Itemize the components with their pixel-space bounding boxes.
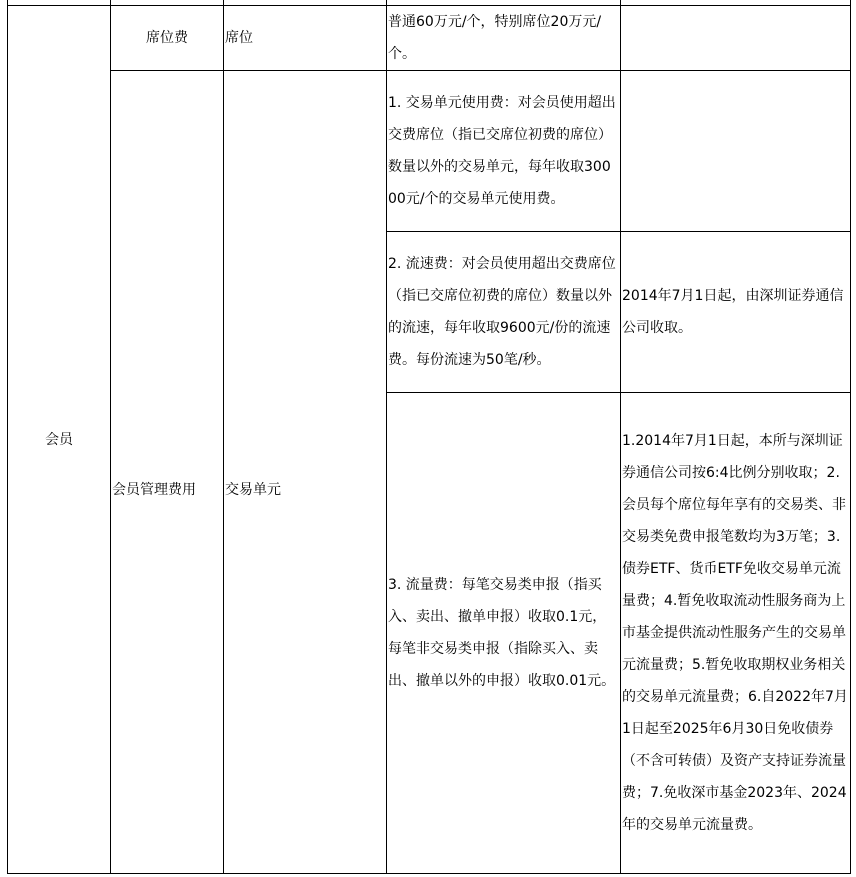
fee-name-cell: 席位费: [111, 6, 224, 71]
basis-cell: 席位: [224, 6, 387, 71]
member-category-cell: 会员: [8, 6, 111, 874]
standard-cell: 3. 流量费：每笔交易类申报（指买入、卖出、撤单申报）收取0.1元，每笔非交易类…: [387, 393, 621, 874]
table-row-unit-usage-fee: 会员管理费用 交易单元 1. 交易单元使用费：对会员使用超出交费席位（指已交席位…: [8, 71, 851, 232]
standard-cell: 1. 交易单元使用费：对会员使用超出交费席位（指已交席位初费的席位）数量以外的交…: [387, 71, 621, 232]
note-cell: 1.2014年7月1日起，本所与深圳证券通信公司按6:4比例分别收取；2.会员每…: [621, 393, 851, 874]
fee-schedule-table: 会员 席位费 席位 普通60万元/个，特别席位20万元/个。 会员管理费用 交易…: [7, 0, 851, 874]
fee-name-cell: 会员管理费用: [111, 71, 224, 874]
table-row-seat-fee: 会员 席位费 席位 普通60万元/个，特别席位20万元/个。: [8, 6, 851, 71]
note-cell: [621, 71, 851, 232]
basis-cell: 交易单元: [224, 71, 387, 874]
note-cell: 2014年7月1日起，由深圳证券通信公司收取。: [621, 232, 851, 393]
note-cell: [621, 6, 851, 71]
standard-cell: 2. 流速费：对会员使用超出交费席位（指已交席位初费的席位）数量以外的流速，每年…: [387, 232, 621, 393]
standard-cell: 普通60万元/个，特别席位20万元/个。: [387, 6, 621, 71]
